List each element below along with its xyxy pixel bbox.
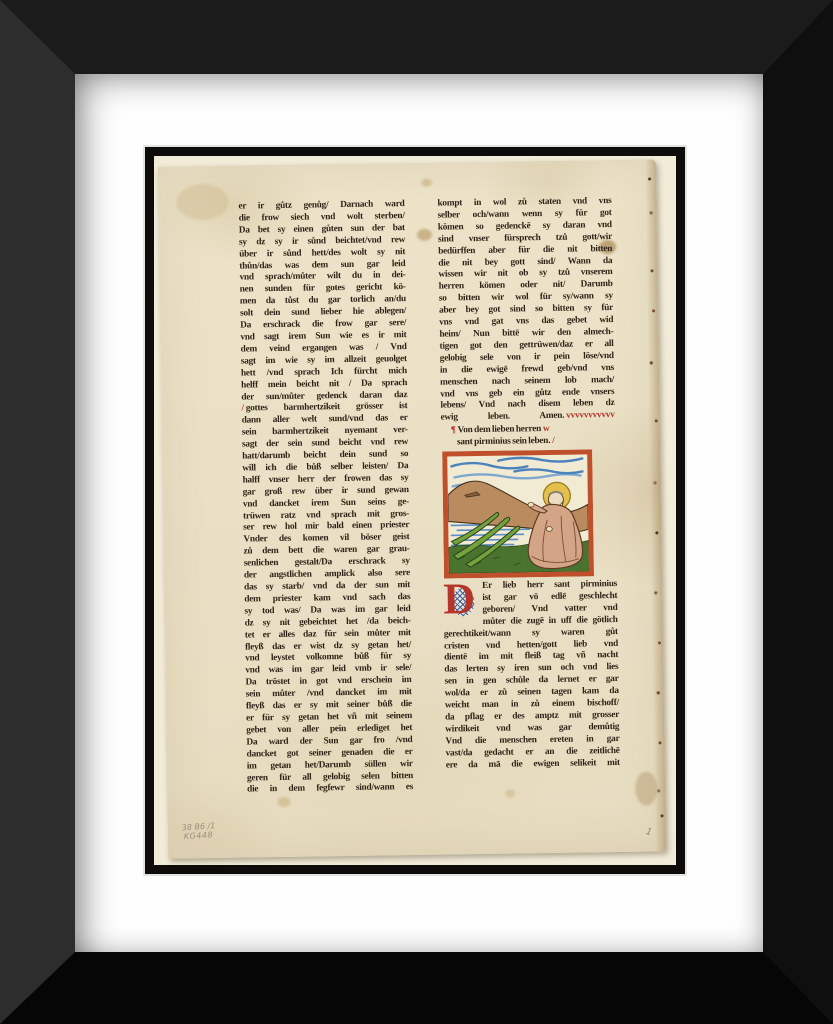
mat-board: er ir gůtz genůg/ Darnach warddie frow s… bbox=[75, 74, 763, 952]
column-right-top: kompt in wol zů staten vnd vnsselber och… bbox=[437, 196, 614, 425]
text-line: sant pirminius sein leben./ bbox=[441, 435, 615, 449]
text-line: ere da mā die ewigen selikeit mit bbox=[446, 758, 620, 772]
woodcut-illustration bbox=[442, 449, 594, 578]
initial-letter-d: D bbox=[443, 582, 479, 621]
saint-hand bbox=[546, 527, 552, 532]
text-block: er ir gůtz genůg/ Darnach warddie frow s… bbox=[238, 196, 620, 797]
artwork-liner: er ir gůtz genůg/ Darnach warddie frow s… bbox=[145, 147, 685, 874]
folio-number: 1 bbox=[644, 827, 652, 838]
text-line: die in dem fegfewr sind/wann es bbox=[247, 782, 413, 796]
deckled-edge bbox=[645, 159, 666, 851]
text-column-right: kompt in wol zů staten vnd vnsselber och… bbox=[437, 196, 620, 794]
text-column-left: er ir gůtz genůg/ Darnach warddie frow s… bbox=[238, 199, 413, 797]
pencil-inscription: KG448 bbox=[184, 830, 214, 841]
section-heading: ¶Von dem lieben herrenwsant pirminius se… bbox=[441, 423, 615, 449]
foxing-spots bbox=[650, 269, 653, 272]
stain bbox=[277, 797, 290, 807]
manuscript-page: er ir gůtz genůg/ Darnach warddie frow s… bbox=[158, 159, 666, 858]
stain bbox=[176, 184, 229, 221]
stain bbox=[421, 179, 432, 187]
picture-frame: er ir gůtz genůg/ Darnach warddie frow s… bbox=[0, 0, 833, 1024]
saint-pirminius-paragraph: D Er lieb herr sant pirminiusist gar vō … bbox=[443, 579, 620, 772]
saint-hand bbox=[528, 502, 534, 507]
framed-manuscript-leaf: er ir gůtz genůg/ Darnach warddie frow s… bbox=[0, 0, 833, 1024]
